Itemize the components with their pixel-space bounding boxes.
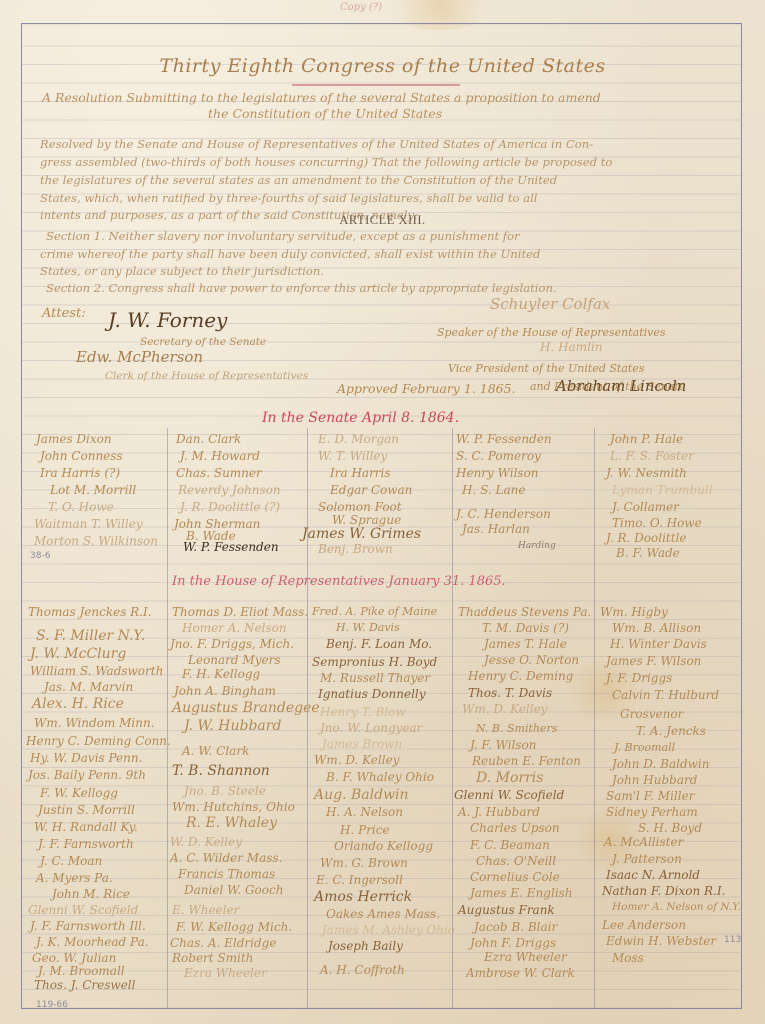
senate-column-divider bbox=[167, 428, 168, 563]
page-note-left: 119-66 bbox=[36, 1000, 68, 1010]
page-note-right: 113 bbox=[724, 935, 741, 945]
representative-signature: Wm. G. Brown bbox=[320, 856, 408, 870]
representative-signature: Thos. T. Davis bbox=[468, 686, 552, 700]
representative-signature: Chas. O'Neill bbox=[476, 854, 556, 868]
senator-signature: Benj. Brown bbox=[318, 542, 393, 556]
representative-signature: J. F. Farnsworth Ill. bbox=[30, 919, 146, 933]
representative-signature: H. W. Davis bbox=[336, 621, 400, 634]
senator-signature: Lot M. Morrill bbox=[50, 483, 136, 497]
senator-signature: J. M. Howard bbox=[180, 449, 260, 463]
representative-signature: Grosvenor bbox=[620, 707, 683, 721]
representative-signature: D. Morris bbox=[476, 770, 543, 786]
representative-signature: T. B. Shannon bbox=[172, 763, 270, 779]
representative-signature: Henry T. Blow bbox=[320, 705, 406, 719]
representative-signature: H. Winter Davis bbox=[610, 637, 707, 651]
vp-signature: H. Hamlin bbox=[540, 340, 603, 354]
representative-signature: B. F. Whaley Ohio bbox=[326, 770, 434, 784]
representative-signature: Reuben E. Fenton bbox=[472, 754, 581, 768]
representative-signature: Moss bbox=[612, 951, 644, 965]
representative-signature: E. C. Ingersoll bbox=[316, 873, 403, 887]
senator-signature: Timo. O. Howe bbox=[612, 516, 702, 530]
senator-signature: Reverdy Johnson bbox=[178, 483, 281, 497]
representative-signature: Jno. W. Longyear bbox=[320, 721, 422, 735]
senator-signature: Waitman T. Willey bbox=[34, 517, 143, 531]
senator-signature: Morton S. Wilkinson bbox=[34, 534, 158, 548]
representative-signature: John M. Rice bbox=[52, 887, 130, 901]
house-column-divider bbox=[452, 563, 453, 1009]
representative-signature: Jas. M. Marvin bbox=[44, 680, 133, 694]
representative-signature: Leonard Myers bbox=[188, 653, 280, 667]
representative-signature: Aug. Baldwin bbox=[314, 787, 409, 803]
senator-signature: J. R. Doolittle bbox=[606, 531, 687, 545]
senator-signature: B. F. Wade bbox=[616, 546, 680, 560]
representative-signature: Charles Upson bbox=[470, 821, 560, 835]
representative-signature: James T. Hale bbox=[484, 637, 567, 651]
representative-signature: Jacob B. Blair bbox=[474, 920, 557, 934]
representative-signature: A. H. Coffroth bbox=[320, 963, 405, 977]
representative-signature: John D. Baldwin bbox=[612, 757, 709, 771]
representative-signature: E. Wheeler bbox=[172, 903, 239, 917]
representative-signature: A. Myers Pa. bbox=[36, 871, 113, 885]
senator-signature: Solomon Foot bbox=[318, 500, 402, 514]
vp-title-line-1: Vice President of the United States bbox=[448, 362, 644, 375]
house-heading: In the House of Representatives January … bbox=[172, 574, 506, 589]
representative-signature: Jno. B. Steele bbox=[184, 784, 266, 798]
representative-signature: W. H. Randall Ky. bbox=[34, 820, 138, 834]
section-1-line: States, or any place subject to their ju… bbox=[40, 264, 324, 278]
representative-signature: John F. Driggs bbox=[470, 936, 556, 950]
representative-signature: Sempronius H. Boyd bbox=[312, 655, 437, 669]
representative-signature: John A. Bingham bbox=[174, 684, 276, 698]
representative-signature: Jno. F. Driggs, Mich. bbox=[170, 637, 294, 651]
speaker-signature: Schuyler Colfax bbox=[490, 295, 610, 313]
representative-signature: Wm. Windom Minn. bbox=[34, 716, 155, 730]
title-underline bbox=[292, 84, 460, 86]
representative-signature: H. Price bbox=[340, 823, 390, 837]
representative-signature: J. K. Moorhead Pa. bbox=[36, 935, 149, 949]
clerk-title: Clerk of the House of Representatives bbox=[105, 370, 308, 382]
representative-signature: J. F. Driggs bbox=[606, 671, 672, 685]
senator-signature: Dan. Clark bbox=[176, 432, 241, 446]
preamble-line: gress assembled (two-thirds of both hous… bbox=[40, 155, 612, 169]
speaker-title: Speaker of the House of Representatives bbox=[437, 326, 666, 339]
representative-signature: M. Russell Thayer bbox=[320, 671, 430, 685]
representative-signature: A. McAllister bbox=[604, 835, 683, 849]
representative-signature: H. A. Nelson bbox=[326, 805, 403, 819]
representative-signature: Isaac N. Arnold bbox=[606, 868, 700, 882]
representative-signature: W. D. Kelley bbox=[170, 835, 242, 849]
representative-signature: F. C. Beaman bbox=[470, 838, 550, 852]
representative-signature: Justin S. Morrill bbox=[38, 803, 135, 817]
document-page: Copy (?) Thirty Eighth Congress of the U… bbox=[0, 0, 765, 1024]
subtitle-line-1: A Resolution Submitting to the legislatu… bbox=[42, 90, 601, 105]
senator-signature: Harding bbox=[518, 541, 556, 551]
preamble-line: the legislatures of the several states a… bbox=[40, 173, 557, 187]
representative-signature: Ezra Wheeler bbox=[484, 950, 567, 964]
representative-signature: John Hubbard bbox=[612, 773, 697, 787]
representative-signature: J. Broomall bbox=[614, 741, 675, 754]
representative-signature: S. H. Boyd bbox=[638, 821, 702, 835]
representative-signature: Henry C. Deming Conn. bbox=[26, 734, 171, 748]
representative-signature: F. W. Kellogg bbox=[40, 786, 118, 800]
representative-signature: F. W. Kellogg Mich. bbox=[176, 920, 292, 934]
senator-signature: W. Sprague bbox=[332, 513, 401, 527]
representative-signature: Oakes Ames Mass. bbox=[326, 907, 440, 921]
section-2: Section 2. Congress shall have power to … bbox=[46, 281, 557, 295]
representative-signature: J. W. McClurg bbox=[30, 646, 126, 662]
senator-signature: J. W. Nesmith bbox=[606, 466, 687, 480]
representative-signature: James F. Wilson bbox=[606, 654, 701, 668]
representative-signature: James M. Ashley Ohio bbox=[322, 923, 455, 937]
senator-signature: John Conness bbox=[40, 449, 123, 463]
senator-signature: Chas. Sumner bbox=[176, 466, 262, 480]
clerk-signature: Edw. McPherson bbox=[76, 348, 203, 366]
senator-signature: Jas. Harlan bbox=[462, 522, 530, 536]
representative-signature: Ambrose W. Clark bbox=[466, 966, 575, 980]
approval-date: Approved February 1. 1865. bbox=[337, 381, 516, 396]
senate-column-divider bbox=[452, 428, 453, 563]
representative-signature: J. W. Hubbard bbox=[184, 718, 281, 734]
top-annotation: Copy (?) bbox=[340, 2, 382, 13]
representative-signature: S. F. Miller N.Y. bbox=[36, 628, 145, 644]
representative-signature: Henry C. Deming bbox=[468, 669, 573, 683]
representative-signature: Thomas Jenckes R.I. bbox=[28, 605, 152, 619]
representative-signature: Glenni W. Scofield bbox=[454, 788, 564, 802]
representative-signature: A. J. Hubbard bbox=[458, 805, 540, 819]
representative-signature: Augustus Brandegee bbox=[172, 700, 320, 716]
subtitle-line-2: the Constitution of the United States bbox=[208, 106, 442, 121]
representative-signature: A. C. Wilder Mass. bbox=[170, 851, 282, 865]
senator-signature: J. R. Doolittle (?) bbox=[180, 500, 280, 514]
representative-signature: Homer A. Nelson of N.Y. bbox=[612, 901, 741, 913]
representative-signature: A. W. Clark bbox=[182, 744, 249, 758]
representative-signature: Jesse O. Norton bbox=[484, 653, 579, 667]
representative-signature: Wm. Hutchins, Ohio bbox=[172, 800, 295, 814]
representative-signature: Wm. D. Kelley bbox=[314, 753, 399, 767]
representative-signature: Wm. B. Allison bbox=[612, 621, 701, 635]
senator-signature: Ira Harris (?) bbox=[40, 466, 120, 480]
representative-signature: Augustus Frank bbox=[458, 903, 555, 917]
representative-signature: F. H. Kellogg bbox=[182, 667, 260, 681]
representative-signature: J. C. Moan bbox=[40, 854, 102, 868]
representative-signature: Cornelius Cole bbox=[470, 870, 560, 884]
secretary-title: Secretary of the Senate bbox=[140, 336, 266, 348]
senator-signature: T. O. Howe bbox=[48, 500, 114, 514]
representative-signature: Ignatius Donnelly bbox=[318, 687, 426, 701]
senator-signature: L. F. S. Foster bbox=[610, 449, 694, 463]
senator-signature: Henry Wilson bbox=[456, 466, 539, 480]
representative-signature: T. M. Davis (?) bbox=[482, 621, 569, 635]
representative-signature: Ezra Wheeler bbox=[184, 966, 267, 980]
senator-signature: S. C. Pomeroy bbox=[456, 449, 541, 463]
president-signature: Abraham Lincoln bbox=[556, 377, 686, 395]
representative-signature: Francis Thomas bbox=[178, 867, 275, 881]
representative-signature: Glenni W. Scofield bbox=[28, 903, 138, 917]
representative-signature: J. Patterson bbox=[612, 852, 682, 866]
representative-signature: Hy. W. Davis Penn. bbox=[30, 751, 142, 765]
page-note: 38-6 bbox=[30, 551, 50, 561]
representative-signature: William S. Wadsworth bbox=[30, 664, 163, 678]
representative-signature: Lee Anderson bbox=[602, 918, 686, 932]
senator-signature: J. C. Henderson bbox=[456, 507, 551, 521]
senator-signature: John P. Hale bbox=[610, 432, 683, 446]
senator-signature: James W. Grimes bbox=[302, 526, 421, 542]
attest-label: Attest: bbox=[42, 306, 86, 321]
section-1-line: Section 1. Neither slavery nor involunta… bbox=[46, 229, 520, 243]
document-title: Thirty Eighth Congress of the United Sta… bbox=[0, 55, 765, 77]
representative-signature: Wm. Higby bbox=[600, 605, 668, 619]
senator-signature: James Dixon bbox=[36, 432, 112, 446]
representative-signature: Orlando Kellogg bbox=[334, 839, 433, 853]
representative-signature: Jos. Baily Penn. 9th bbox=[28, 768, 146, 782]
representative-signature: Amos Herrick bbox=[314, 889, 412, 905]
representative-signature: Thaddeus Stevens Pa. bbox=[458, 605, 591, 619]
representative-signature: Fred. A. Pike of Maine bbox=[312, 605, 437, 618]
senator-signature: E. D. Morgan bbox=[318, 432, 399, 446]
preamble-line: States, which, when ratified by three-fo… bbox=[40, 191, 538, 205]
senator-signature: W. P. Fessenden bbox=[183, 540, 279, 554]
senator-signature: Edgar Cowan bbox=[330, 483, 412, 497]
section-1-line: crime whereof the party shall have been … bbox=[40, 247, 540, 261]
representative-signature: Thos. J. Creswell bbox=[34, 978, 135, 992]
senator-signature: Lyman Trumbull bbox=[612, 483, 713, 497]
representative-signature: Nathan F. Dixon R.I. bbox=[602, 884, 725, 898]
senator-signature: H. S. Lane bbox=[462, 483, 525, 497]
secretary-signature: J. W. Forney bbox=[108, 308, 227, 332]
representative-signature: Joseph Baily bbox=[328, 939, 403, 953]
representative-signature: N. B. Smithers bbox=[476, 722, 557, 735]
representative-signature: Sidney Perham bbox=[606, 805, 698, 819]
senator-signature: W. P. Fessenden bbox=[456, 432, 552, 446]
representative-signature: R. E. Whaley bbox=[186, 815, 277, 831]
representative-signature: Homer A. Nelson bbox=[182, 621, 287, 635]
senator-signature: W. T. Willey bbox=[318, 449, 387, 463]
preamble-line: Resolved by the Senate and House of Repr… bbox=[40, 137, 593, 151]
house-column-divider bbox=[594, 563, 595, 1009]
representative-signature: Sam'l F. Miller bbox=[606, 789, 694, 803]
representative-signature: James Brown bbox=[322, 737, 402, 751]
representative-signature: James E. English bbox=[470, 886, 573, 900]
representative-signature: Calvin T. Hulburd bbox=[612, 688, 719, 702]
representative-signature: Robert Smith bbox=[172, 951, 253, 965]
representative-signature: J. M. Broomall bbox=[38, 964, 125, 978]
senate-column-divider bbox=[594, 428, 595, 563]
house-column-divider bbox=[307, 563, 308, 1009]
senate-column-divider bbox=[307, 428, 308, 563]
representative-signature: J. F. Wilson bbox=[470, 738, 537, 752]
senator-signature: J. Collamer bbox=[612, 500, 679, 514]
representative-signature: Benj. F. Loan Mo. bbox=[326, 637, 432, 651]
representative-signature: Edwin H. Webster bbox=[606, 934, 716, 948]
representative-signature: Wm. D. Kelley bbox=[462, 702, 547, 716]
representative-signature: Daniel W. Gooch bbox=[184, 883, 283, 897]
senator-signature: Ira Harris bbox=[330, 466, 391, 480]
house-column-divider bbox=[167, 563, 168, 1009]
article-heading: ARTICLE XIII. bbox=[0, 213, 765, 228]
representative-signature: Chas. A. Eldridge bbox=[170, 936, 276, 950]
representative-signature: T. A. Jencks bbox=[636, 724, 706, 738]
representative-signature: J. F. Farnsworth bbox=[38, 837, 134, 851]
representative-signature: Geo. W. Julian bbox=[32, 951, 116, 965]
representative-signature: Thomas D. Eliot Mass. bbox=[172, 605, 308, 619]
representative-signature: Alex. H. Rice bbox=[32, 696, 124, 712]
senate-heading: In the Senate April 8. 1864. bbox=[262, 410, 459, 426]
